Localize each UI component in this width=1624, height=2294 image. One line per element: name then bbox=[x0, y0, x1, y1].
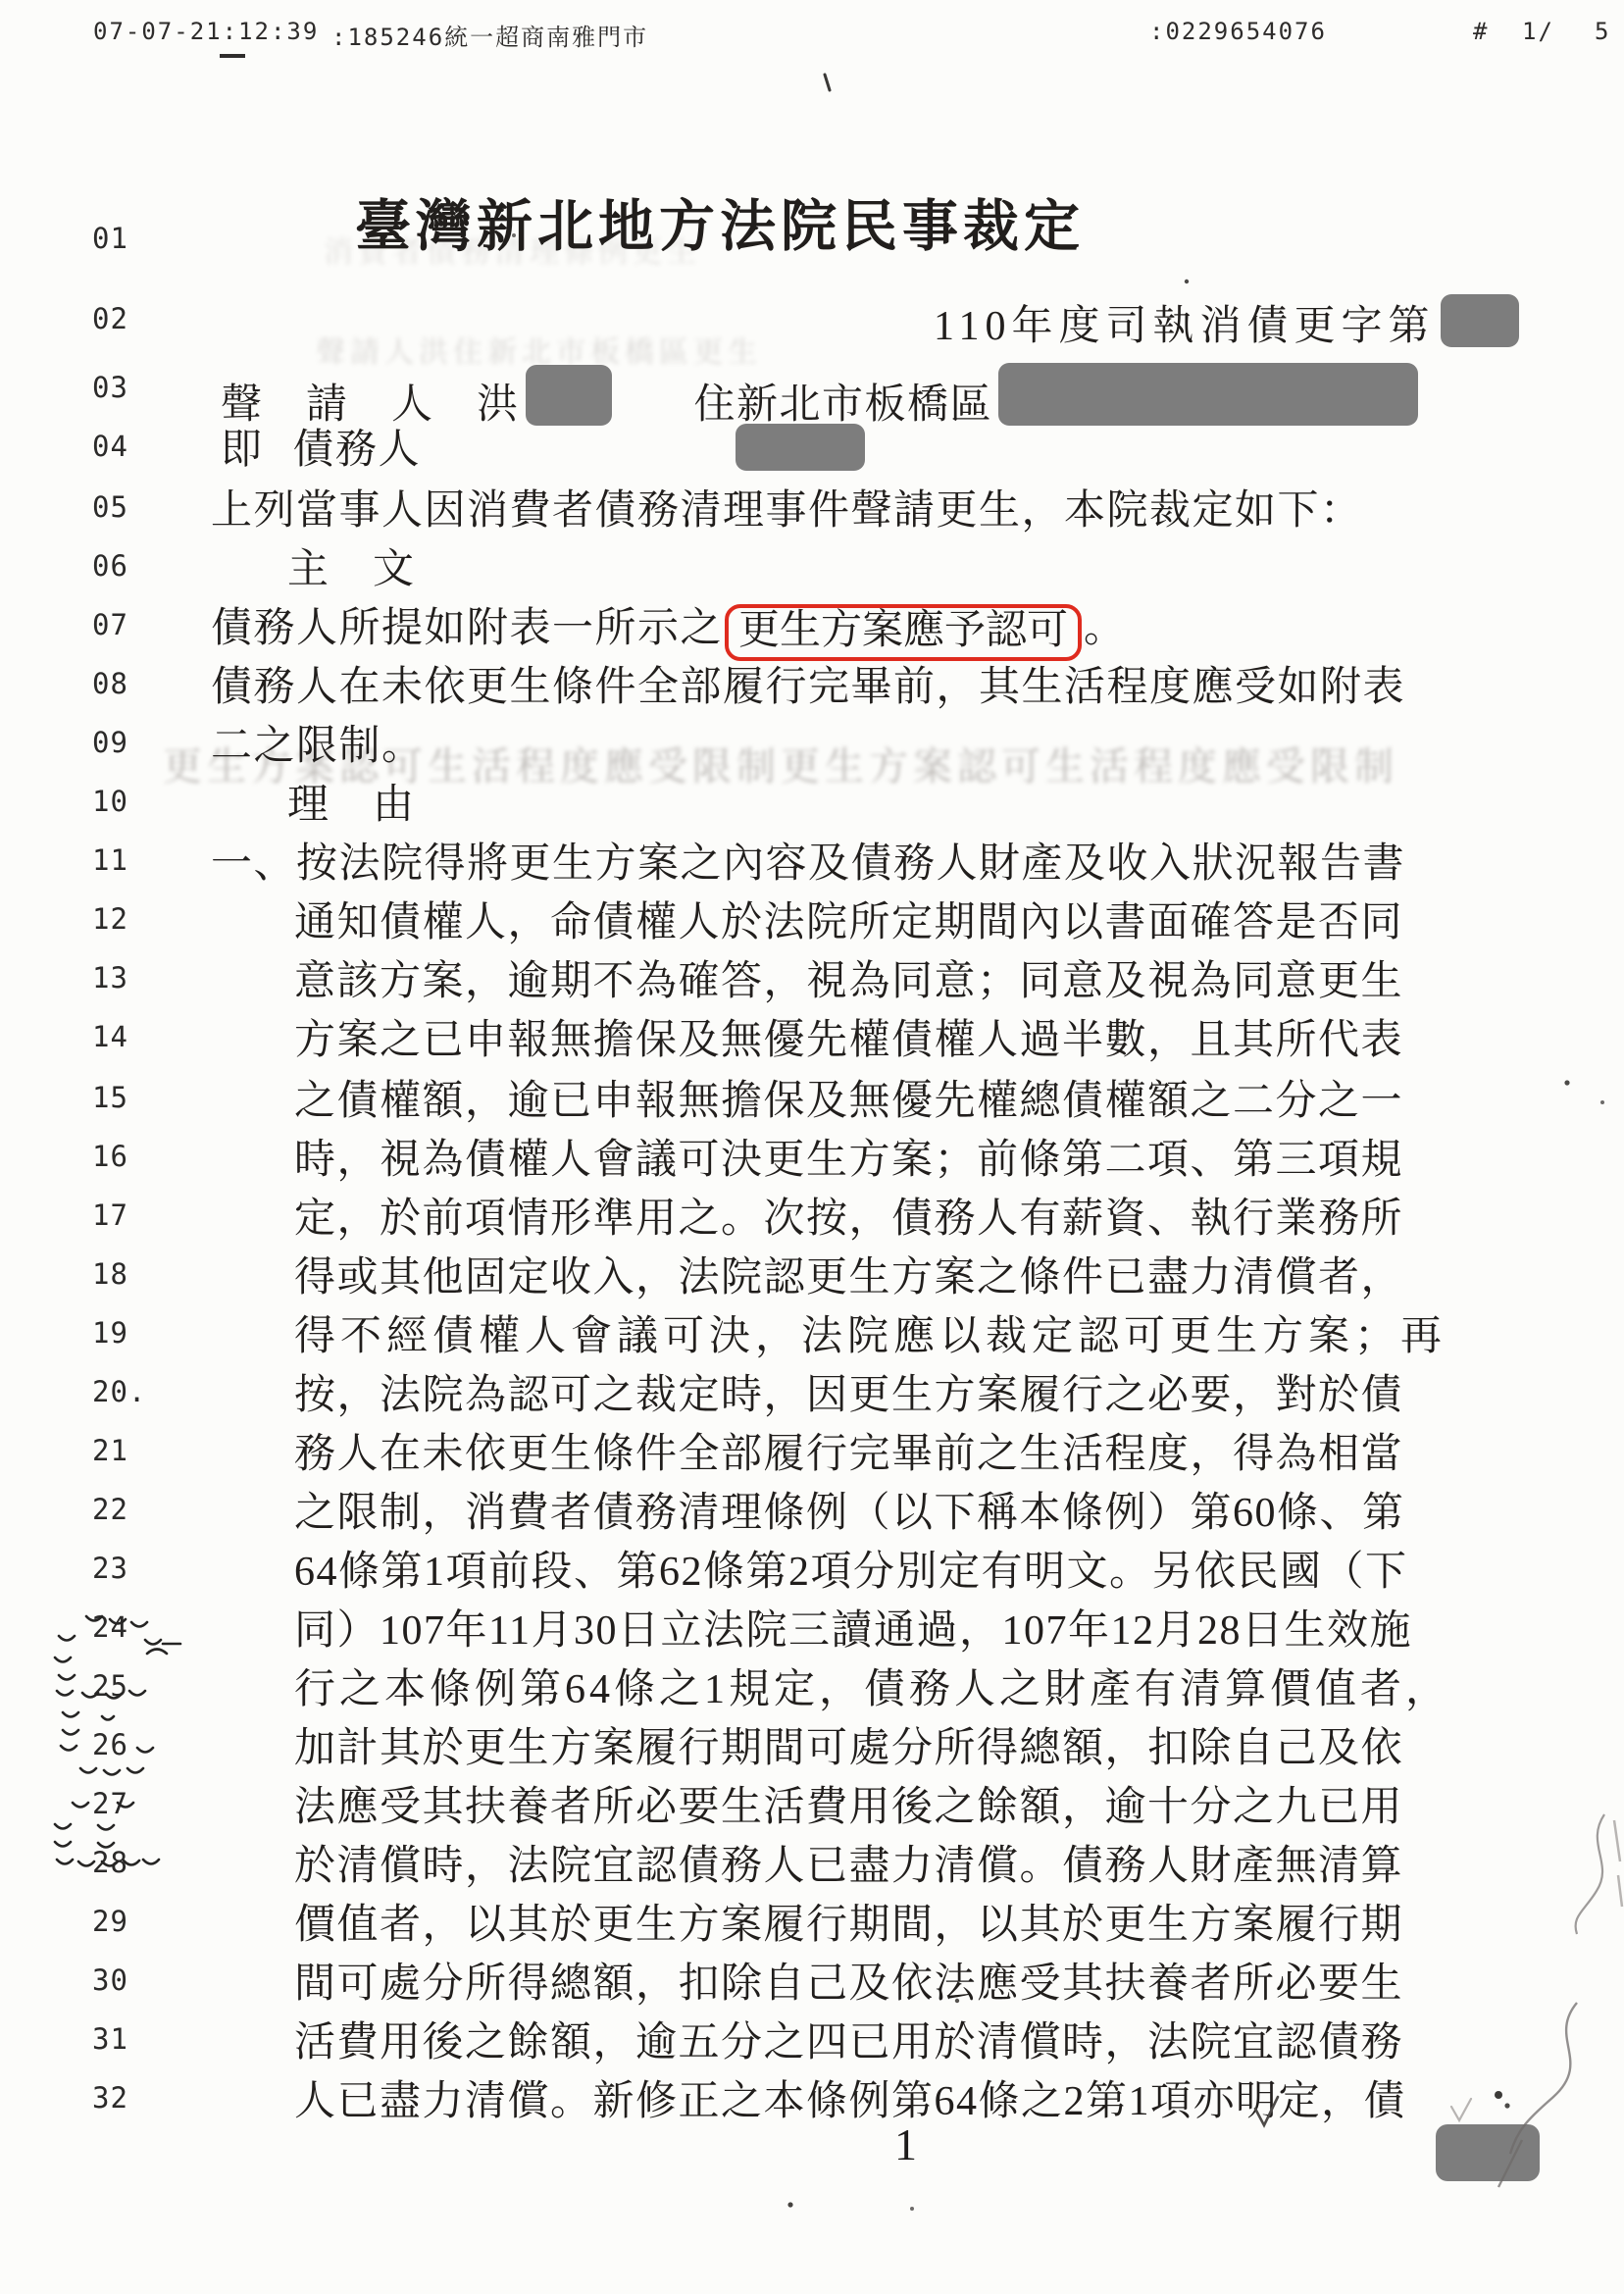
text-run: 即 bbox=[221, 428, 264, 473]
redaction-box bbox=[736, 424, 865, 471]
line-text: 即債務人 bbox=[221, 422, 871, 479]
text-run: 主 文 bbox=[287, 547, 416, 592]
redaction-box bbox=[1441, 294, 1519, 347]
line-text: 意該方案，逾期不為確答，視為同意；同意及視為同意更生 bbox=[294, 953, 1403, 1010]
text-run: 理 由 bbox=[287, 783, 416, 828]
fax-page-indicator: 1/ bbox=[1522, 18, 1554, 45]
line-number: 13 bbox=[92, 961, 128, 994]
text-run: 債務人在未依更生條件全部履行完畢前，其生活程度應受如附表 bbox=[211, 665, 1405, 710]
page-number: 1 bbox=[894, 2118, 917, 2170]
document-line: 02110年度司執消債更字第 bbox=[0, 294, 1624, 355]
scan-speck bbox=[787, 2202, 792, 2207]
line-text: 時，視為債權人會議可決更生方案；前條第二項、第三項規 bbox=[294, 1132, 1403, 1189]
line-number: 31 bbox=[92, 2022, 128, 2056]
text-run: 間可處分所得總額，扣除自己及依法應受其扶養者所必要生 bbox=[294, 1962, 1403, 2007]
text-run: 。 bbox=[1084, 606, 1127, 651]
document-line: 11一、按法院得將更生方案之內容及債務人財產及收入狀況報告書 bbox=[0, 836, 1624, 896]
line-number: 25 bbox=[92, 1669, 128, 1703]
line-text: 64條第1項前段、第62條第2項分別定有明文。另依民國（下 bbox=[294, 1544, 1408, 1601]
scan-speck bbox=[825, 75, 830, 90]
document-line: 13意該方案，逾期不為確答，視為同意；同意及視為同意更生 bbox=[0, 953, 1624, 1014]
document-line: 2364條第1項前段、第62條第2項分別定有明文。另依民國（下 bbox=[0, 1544, 1624, 1605]
document-line: 04即債務人 bbox=[0, 422, 1624, 483]
text-run: 債務人 bbox=[293, 428, 422, 473]
line-text: 價值者，以其於更生方案履行期間，以其於更生方案履行期 bbox=[294, 1897, 1403, 1954]
document-line: 30間可處分所得總額，扣除自己及依法應受其扶養者所必要生 bbox=[0, 1956, 1624, 2016]
line-text: 方案之已申報無擔保及無優先權債權人過半數，且其所代表 bbox=[294, 1012, 1403, 1069]
document-line: 25行之本條例第64條之1規定，債務人之財產有清算價值者， bbox=[0, 1661, 1624, 1722]
text-run: 加計其於更生方案履行期間可處分所得總額，扣除自己及依 bbox=[294, 1726, 1403, 1771]
document-line: 17定，於前項情形準用之。次按，債務人有薪資、執行業務所 bbox=[0, 1191, 1624, 1251]
line-number: 19 bbox=[92, 1316, 128, 1350]
line-text: 於清償時，法院宜認債務人已盡力清償。債務人財產無清算 bbox=[294, 1838, 1403, 1895]
line-number: 29 bbox=[92, 1905, 128, 1938]
document-line: 05上列當事人因消費者債務清理事件聲請更生，本院裁定如下： bbox=[0, 483, 1624, 543]
fax-page-total: 5 bbox=[1595, 18, 1610, 45]
line-text: 行之本條例第64條之1規定，債務人之財產有清算價值者， bbox=[294, 1661, 1450, 1718]
line-number: 01 bbox=[92, 222, 128, 255]
document-line: 26加計其於更生方案履行期間可處分所得總額，扣除自己及依 bbox=[0, 1720, 1624, 1781]
document-line: 03聲 請 人 洪住新北市板橋區 bbox=[0, 363, 1624, 424]
fax-number: :0229654076 bbox=[1149, 18, 1327, 45]
line-number: 22 bbox=[92, 1493, 128, 1526]
line-number: 17 bbox=[92, 1198, 128, 1232]
line-text: 債務人在未依更生條件全部履行完畢前，其生活程度應受如附表 bbox=[211, 659, 1405, 716]
line-number: 28 bbox=[92, 1846, 128, 1879]
line-text: 上列當事人因消費者債務清理事件聲請更生，本院裁定如下： bbox=[211, 483, 1363, 539]
document-line: 32人已盡力清償。新修正之本條例第64條之2第1項亦明定，債 bbox=[0, 2073, 1624, 2134]
line-text: 得或其他固定收入，法院認更生方案之條件已盡力清償者， bbox=[294, 1249, 1403, 1306]
document-line: 29價值者，以其於更生方案履行期間，以其於更生方案履行期 bbox=[0, 1897, 1624, 1958]
document-line: 24同）107年11月30日立法院三讀通過，107年12月28日生效施 bbox=[0, 1603, 1624, 1663]
line-number: 11 bbox=[92, 843, 128, 877]
line-number: 20. bbox=[92, 1375, 146, 1408]
line-number: 16 bbox=[92, 1140, 128, 1173]
document-line: 09二之限制。 bbox=[0, 718, 1624, 779]
document-line: 18得或其他固定收入，法院認更生方案之條件已盡力清償者， bbox=[0, 1249, 1624, 1310]
line-text: 理 由 bbox=[287, 777, 416, 834]
line-text: 債務人所提如附表一所示之更生方案應予認可。 bbox=[211, 600, 1127, 659]
document-line: 19得不經債權人會議可決，法院應以裁定認可更生方案；再 bbox=[0, 1308, 1624, 1369]
line-text: 按，法院為認可之裁定時，因更生方案履行之必要，對於債 bbox=[294, 1367, 1403, 1424]
line-number: 24 bbox=[92, 1610, 128, 1644]
text-run: 之限制，消費者債務清理條例（以下稱本條例）第60條、第 bbox=[294, 1491, 1405, 1536]
text-run: 按，法院為認可之裁定時，因更生方案履行之必要，對於債 bbox=[294, 1373, 1403, 1418]
text-run: 價值者，以其於更生方案履行期間，以其於更生方案履行期 bbox=[294, 1903, 1403, 1948]
line-number: 02 bbox=[92, 302, 128, 335]
redaction-box-footer bbox=[1436, 2124, 1540, 2181]
line-number: 03 bbox=[92, 371, 128, 404]
scanned-court-ruling-page: 07-07-21:12:39 :185246統一超商南雅門市 :02296540… bbox=[0, 0, 1624, 2294]
line-text: 之限制，消費者債務清理條例（以下稱本條例）第60條、第 bbox=[294, 1485, 1405, 1542]
text-run: 臺灣新北地方法院民事裁定 bbox=[355, 196, 1085, 258]
redaction-box bbox=[526, 365, 612, 426]
document-line: 15之債權額，逾已申報無擔保及無優先權總債權額之二分之一 bbox=[0, 1073, 1624, 1134]
text-run: 定，於前項情形準用之。次按，債務人有薪資、執行業務所 bbox=[294, 1197, 1403, 1242]
line-text: 加計其於更生方案履行期間可處分所得總額，扣除自己及依 bbox=[294, 1720, 1403, 1777]
text-run: 方案之已申報無擔保及無優先權債權人過半數，且其所代表 bbox=[294, 1018, 1403, 1063]
document-line: 21務人在未依更生條件全部履行完畢前之生活程度，得為相當 bbox=[0, 1426, 1624, 1487]
text-run: 於清償時，法院宜認債務人已盡力清償。債務人財產無清算 bbox=[294, 1844, 1403, 1889]
line-text: 一、按法院得將更生方案之內容及債務人財產及收入狀況報告書 bbox=[211, 836, 1405, 892]
document-line: 16時，視為債權人會議可決更生方案；前條第二項、第三項規 bbox=[0, 1132, 1624, 1193]
document-line: 12通知債權人，命債權人於法院所定期間內以書面確答是否同 bbox=[0, 894, 1624, 955]
line-text: 得不經債權人會議可決，法院應以裁定認可更生方案；再 bbox=[294, 1308, 1446, 1365]
line-number: 27 bbox=[92, 1787, 128, 1820]
line-number: 04 bbox=[92, 430, 128, 463]
redaction-box bbox=[998, 363, 1418, 426]
document-line: 28於清償時，法院宜認債務人已盡力清償。債務人財產無清算 bbox=[0, 1838, 1624, 1899]
fax-timestamp: 07-07-21:12:39 bbox=[93, 18, 319, 45]
line-text: 同）107年11月30日立法院三讀通過，107年12月28日生效施 bbox=[294, 1603, 1412, 1659]
document-line: 22之限制，消費者債務清理條例（以下稱本條例）第60條、第 bbox=[0, 1485, 1624, 1546]
text-run: 得或其他固定收入，法院認更生方案之條件已盡力清償者， bbox=[294, 1255, 1403, 1300]
scan-speck bbox=[910, 2207, 914, 2211]
line-text: 主 文 bbox=[287, 541, 416, 598]
text-run: 債務人所提如附表一所示之 bbox=[211, 606, 723, 651]
line-text: 活費用後之餘額，逾五分之四已用於清償時，法院宜認債務 bbox=[294, 2014, 1403, 2071]
line-number: 18 bbox=[92, 1257, 128, 1291]
document-line: 27法應受其扶養者所必要生活費用後之餘額，逾十分之九已用 bbox=[0, 1779, 1624, 1840]
line-number: 21 bbox=[92, 1434, 128, 1467]
text-run: 110年度司執消債更字第 bbox=[934, 304, 1435, 349]
line-number: 12 bbox=[92, 902, 128, 936]
scan-speck bbox=[1185, 280, 1189, 283]
document-line: 08債務人在未依更生條件全部履行完畢前，其生活程度應受如附表 bbox=[0, 659, 1624, 720]
text-run: 務人在未依更生條件全部履行完畢前之生活程度，得為相當 bbox=[294, 1432, 1403, 1477]
text-run: 得不經債權人會議可決，法院應以裁定認可更生方案；再 bbox=[294, 1314, 1446, 1359]
text-run: 通知債權人，命債權人於法院所定期間內以書面確答是否同 bbox=[294, 900, 1403, 945]
document-line: 31活費用後之餘額，逾五分之四已用於清償時，法院宜認債務 bbox=[0, 2014, 1624, 2075]
document-line: 20.按，法院為認可之裁定時，因更生方案履行之必要，對於債 bbox=[0, 1367, 1624, 1428]
line-number: 32 bbox=[92, 2081, 128, 2115]
document-line: 07債務人所提如附表一所示之更生方案應予認可。 bbox=[0, 600, 1624, 661]
text-run: 二之限制。 bbox=[211, 724, 425, 769]
line-number: 26 bbox=[92, 1728, 128, 1761]
text-run: 之債權額，逾已申報無擔保及無優先權總債權額之二分之一 bbox=[294, 1079, 1403, 1124]
line-number: 09 bbox=[92, 726, 128, 759]
line-text: 人已盡力清償。新修正之本條例第64條之2第1項亦明定，債 bbox=[294, 2073, 1406, 2130]
document-line: 14方案之已申報無擔保及無優先權債權人過半數，且其所代表 bbox=[0, 1012, 1624, 1073]
line-text: 通知債權人，命債權人於法院所定期間內以書面確答是否同 bbox=[294, 894, 1403, 951]
text-run: 法應受其扶養者所必要生活費用後之餘額，逾十分之九已用 bbox=[294, 1785, 1403, 1830]
document-line: 06主 文 bbox=[0, 541, 1624, 602]
line-number: 14 bbox=[92, 1020, 128, 1053]
line-text: 定，於前項情形準用之。次按，債務人有薪資、執行業務所 bbox=[294, 1191, 1403, 1248]
text-run: 人已盡力清償。新修正之本條例第64條之2第1項亦明定，債 bbox=[294, 2079, 1406, 2124]
document-line: 01臺灣新北地方法院民事裁定 bbox=[0, 196, 1624, 257]
line-number: 05 bbox=[92, 490, 128, 524]
line-text: 110年度司執消債更字第 bbox=[934, 294, 1525, 355]
line-text: 間可處分所得總額，扣除自己及依法應受其扶養者所必要生 bbox=[294, 1956, 1403, 2013]
fax-hash-mark: # bbox=[1473, 18, 1489, 45]
line-number: 15 bbox=[92, 1081, 128, 1114]
text-run: 意該方案，逾期不為確答，視為同意；同意及視為同意更生 bbox=[294, 959, 1403, 1004]
text-run: 同）107年11月30日立法院三讀通過，107年12月28日生效施 bbox=[294, 1608, 1412, 1654]
text-run: 上列當事人因消費者債務清理事件聲請更生，本院裁定如下： bbox=[211, 488, 1363, 534]
line-text: 臺灣新北地方法院民事裁定 bbox=[355, 190, 1085, 265]
line-number: 10 bbox=[92, 785, 128, 818]
text-run: 64條第1項前段、第62條第2項分別定有明文。另依民國（下 bbox=[294, 1550, 1408, 1595]
text-run: 活費用後之餘額，逾五分之四已用於清償時，法院宜認債務 bbox=[294, 2020, 1403, 2065]
line-text: 二之限制。 bbox=[211, 718, 425, 775]
red-annotation-ring: 更生方案應予認可 bbox=[725, 604, 1082, 661]
line-number: 07 bbox=[92, 608, 128, 641]
text-run: 時，視為債權人會議可決更生方案；前條第二項、第三項規 bbox=[294, 1138, 1403, 1183]
text-run: 一、按法院得將更生方案之內容及債務人財產及收入狀況報告書 bbox=[211, 841, 1405, 887]
line-number: 23 bbox=[92, 1552, 128, 1585]
fax-station-name: :185246統一超商南雅門市 bbox=[331, 18, 648, 52]
line-number: 30 bbox=[92, 1963, 128, 1997]
line-text: 之債權額，逾已申報無擔保及無優先權總債權額之二分之一 bbox=[294, 1073, 1403, 1130]
document-line: 10理 由 bbox=[0, 777, 1624, 838]
line-number: 06 bbox=[92, 549, 128, 583]
line-text: 法應受其扶養者所必要生活費用後之餘額，逾十分之九已用 bbox=[294, 1779, 1403, 1836]
line-text: 務人在未依更生條件全部履行完畢前之生活程度，得為相當 bbox=[294, 1426, 1403, 1483]
text-run: 行之本條例第64條之1規定，債務人之財產有清算價值者， bbox=[294, 1667, 1450, 1712]
line-number: 08 bbox=[92, 667, 128, 700]
